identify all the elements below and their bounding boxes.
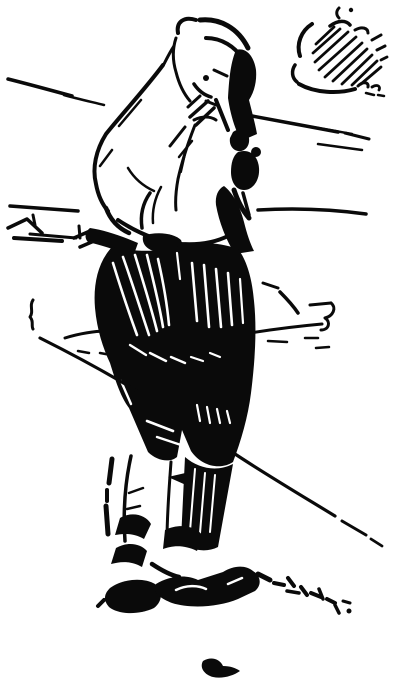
head-shadow [228,49,257,141]
path-lines-right [250,283,334,348]
smoke-dot [349,8,353,12]
front-outline [176,125,195,210]
smoke-hatching [313,27,381,85]
sketch-illustration [0,0,400,685]
breeches [95,243,256,466]
nose [194,84,211,97]
face [164,38,227,125]
smoke-cloud [293,8,387,96]
illustration-page [0,0,400,685]
face-profile [173,38,190,101]
wall-lines [8,206,78,241]
ink-blot [202,659,240,678]
pipe [216,100,228,130]
left-boot [105,580,161,613]
grass-tufts [258,574,352,614]
figure [74,19,261,613]
boots [98,514,260,613]
slung-gear [216,130,261,254]
brow [214,70,227,76]
sleeve-fold [141,193,150,228]
eye-dot [203,75,209,81]
